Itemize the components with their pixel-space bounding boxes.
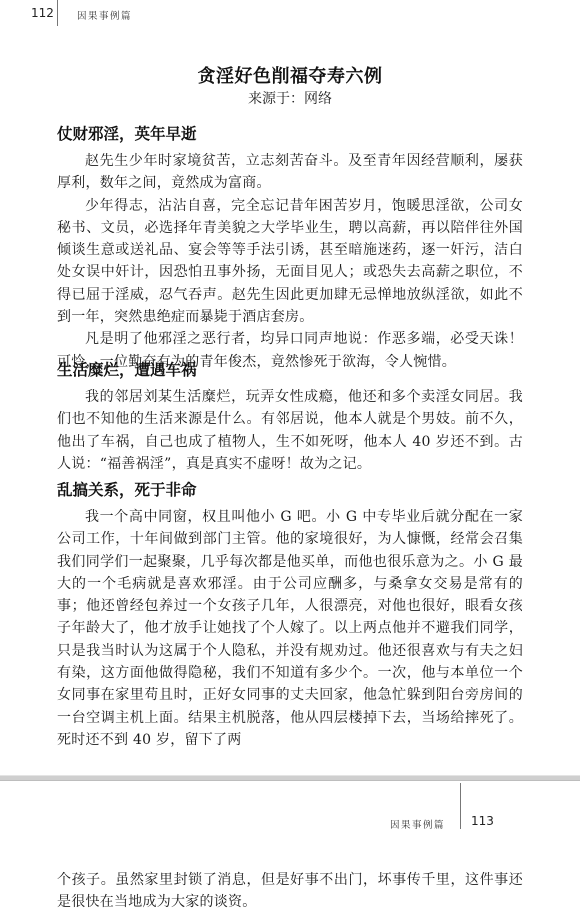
page-112: 112 因果事例篇 贪淫好色削福夺寿六例 来源于：网络 仗财邪淫，英年早逝 赵先… (0, 0, 580, 775)
running-header-left: 112 因果事例篇 (0, 0, 300, 28)
section-heading: 仗财邪淫，英年早逝 (57, 122, 523, 146)
section-1: 仗财邪淫，英年早逝 赵先生少年时家境贫苦，立志刻苦奋斗。及至青年因经营顺利，屡获… (57, 122, 523, 373)
paragraph: 个孩子。虽然家里封锁了消息，但是好事不出门，坏事传千里，这件事还是很快在当地成为… (57, 869, 523, 911)
continued-text: 个孩子。虽然家里封锁了消息，但是好事不出门，坏事传千里，这件事还是很快在当地成为… (57, 869, 523, 911)
page-number-left: 112 (31, 6, 54, 20)
header-divider-left (57, 0, 58, 26)
article-source: 来源于：网络 (0, 88, 580, 108)
running-head-title-left: 因果事例篇 (77, 8, 132, 22)
paragraph: 我的邻居刘某生活糜烂，玩弄女性成瘾，他还和多个卖淫女同居。我们也不知他的生活来源… (57, 386, 523, 475)
article-title: 贪淫好色削福夺寿六例 (0, 62, 580, 88)
section-heading: 生活糜烂，遭遇车祸 (57, 358, 523, 382)
paragraph: 赵先生少年时家境贫苦，立志刻苦奋斗。及至青年因经营顺利，屡获厚利，数年之间，竟然… (57, 150, 523, 195)
section-heading: 乱搞关系，死于非命 (57, 478, 523, 502)
running-header-right: 因果事例篇 113 (380, 781, 580, 831)
paragraph: 我一个高中同窗，权且叫他小 G 吧。小 G 中专毕业后就分配在一家公司工作，十年… (57, 506, 523, 751)
section-2: 生活糜烂，遭遇车祸 我的邻居刘某生活糜烂，玩弄女性成瘾，他还和多个卖淫女同居。我… (57, 358, 523, 475)
page-number-right: 113 (471, 814, 494, 828)
page-113: 因果事例篇 113 个孩子。虽然家里封锁了消息，但是好事不出门，坏事传千里，这件… (0, 781, 580, 911)
section-3: 乱搞关系，死于非命 我一个高中同窗，权且叫他小 G 吧。小 G 中专毕业后就分配… (57, 478, 523, 751)
header-divider-right (460, 783, 461, 829)
paragraph: 少年得志，沾沾自喜，完全忘记昔年困苦岁月，饱暖思淫欲，公司女秘书、文员，必选择年… (57, 195, 523, 329)
running-head-title-right: 因果事例篇 (390, 817, 445, 831)
